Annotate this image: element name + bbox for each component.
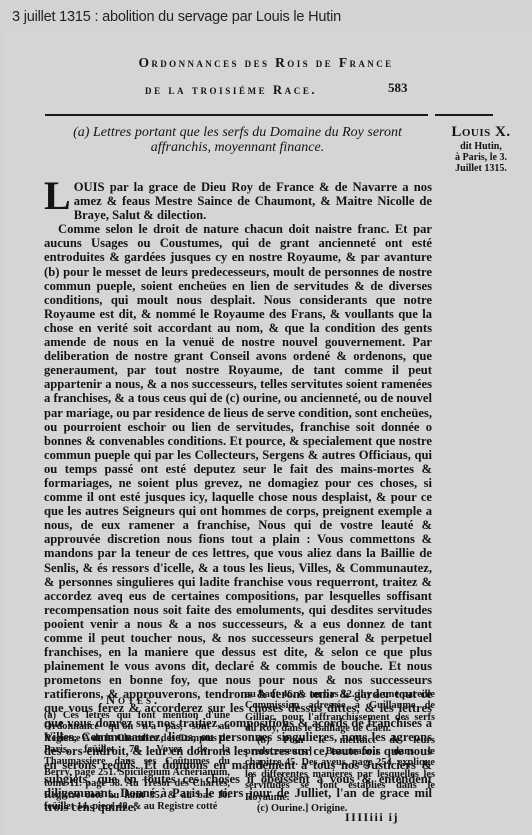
- note-b: (b) Pour le meffaict de leurs predecesse…: [245, 735, 435, 803]
- page-caption: 3 juillet 1315 : abolition du servage pa…: [12, 9, 341, 25]
- margin-note-king: Louis X.: [436, 124, 526, 141]
- salutation-paragraph: LOUIS par la grace de Dieu Roy de France…: [44, 180, 432, 222]
- salutation-text: OUIS par la grace de Dieu Roy de France …: [74, 180, 432, 222]
- running-head-title: Ordonnances des Rois de France: [0, 55, 532, 71]
- notes-left-column: (a) Ces letres qui font mention d'une Or…: [44, 710, 230, 813]
- notes-right-column: au haut 46. & au bas 12. il y a une pare…: [245, 689, 435, 814]
- margin-note: Louis X. dit Hutin, à Paris, le 3. Juill…: [436, 124, 526, 174]
- note-a-continued: au haut 46. & au bas 12. il y a une pare…: [245, 689, 435, 735]
- note-c: (c) Ourine.] Origine.: [245, 803, 435, 814]
- running-head-subtitle: de la troisiéme Race.: [145, 83, 317, 98]
- signature-mark: IIIIiii ij: [345, 810, 399, 825]
- notes-title: Notes.: [106, 693, 160, 708]
- ordinance-heading: (a) Lettres portant que les serfs du Dom…: [45, 125, 430, 155]
- margin-note-line: dit Hutin,: [436, 141, 526, 152]
- page-number: 583: [388, 80, 408, 96]
- margin-rule: [435, 114, 493, 116]
- margin-note-line: à Paris, le 3.: [436, 152, 526, 163]
- drop-cap: L: [44, 181, 71, 211]
- heading-rule: [45, 114, 428, 116]
- margin-note-line: Juillet 1315.: [436, 163, 526, 174]
- note-a: (a) Ces letres qui font mention d'une Or…: [44, 710, 230, 813]
